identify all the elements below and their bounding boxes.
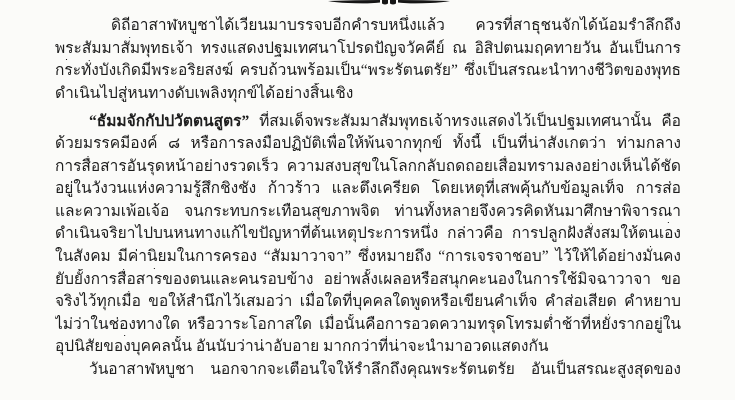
document-line: และความเพ้อเจ้อ จนกระทบกระเทือนสุขภาพจิต… xyxy=(55,201,681,224)
paragraph-indent xyxy=(55,29,111,30)
document-text-block: ดิถีอาสาฬหบูชาได้เวียนมาบรรจบอีกคำรบหนึ่… xyxy=(55,15,681,381)
cropped-seal-bottom-icon xyxy=(328,0,450,8)
document-line: ไม่ว่าในช่องทางใด หรือวาระโอกาสใด เมื่อน… xyxy=(55,314,681,337)
document-line: อุปนิสัยของบุคคลนั้น อันนับว่าน่าอับอาย … xyxy=(55,336,681,359)
document-line: ด้วยมรรคมีองค์ ๘ หรือการลงมือปฏิบัติเพื่… xyxy=(55,133,681,156)
text-run: พระสัมมาสัมพุทธเจ้า ทรงแสดงปฐมเทศนาโปรดป… xyxy=(55,40,681,61)
text-run: ดิถีอาสาฬหบูชาได้เวียนมาบรรจบอีกคำรบหนึ่… xyxy=(55,17,681,38)
document-line: อยู่ในวังวนแห่งความรู้สึกชิงชัง ก้าวร้าว… xyxy=(55,178,681,201)
document-line: “ธัมมจักกัปปวัตตนสูตร” ที่สมเด็จพระสัมมา… xyxy=(55,111,681,134)
text-run: การสื่อสารอันรุดหน้าอย่างรวดเร็ว ความสงบ… xyxy=(55,158,681,179)
document-line: ดำเนินจริยาไปบนหนทางแก้ไขปัญหาที่ต้นเหตุ… xyxy=(55,223,681,246)
seal-bottom-shape xyxy=(328,0,450,5)
document-line: จริงไว้ทุกเมื่อ ขอให้สำนึกไว้เสมอว่า เมื… xyxy=(55,291,681,314)
text-run: อุปนิสัยของบุคคลนั้น อันนับว่าน่าอับอาย … xyxy=(55,338,548,355)
paragraph-indent xyxy=(55,373,89,374)
paragraph-indent xyxy=(55,125,89,126)
text-run: ยับยั้งการสื่อสารของตนและคนรอบข้าง อย่าพ… xyxy=(55,271,681,292)
text-run: ด้วยมรรคมีองค์ ๘ หรือการลงมือปฏิบัติเพื่… xyxy=(55,135,681,156)
document-line: การสื่อสารอันรุดหน้าอย่างรวดเร็ว ความสงบ… xyxy=(55,156,681,179)
text-run: “ธัมมจักกัปปวัตตนสูตร” xyxy=(89,113,249,130)
text-run: ในสังคม มีค่านิยมในการครอง “สัมมาวาจา” ซ… xyxy=(55,248,681,269)
text-run: และความเพ้อเจ้อ จนกระทบกระเทือนสุขภาพจิต… xyxy=(55,203,681,224)
document-line: ดำเนินไปสู่หนทางดับเพลิงทุกข์ได้อย่างสิ้… xyxy=(55,83,681,106)
text-run: ไม่ว่าในช่องทางใด หรือวาระโอกาสใด เมื่อน… xyxy=(55,316,681,337)
document-line: วันอาสาฬหบูชา นอกจากจะเตือนใจให้รำลึกถึง… xyxy=(55,359,681,382)
document-line: ดิถีอาสาฬหบูชาได้เวียนมาบรรจบอีกคำรบหนึ่… xyxy=(55,15,681,38)
text-run: กระทั่งบังเกิดมีพระอริยสงฆ์ ครบถ้วนพร้อม… xyxy=(55,62,681,83)
document-line: ในสังคม มีค่านิยมในการครอง “สัมมาวาจา” ซ… xyxy=(55,246,681,269)
text-run: อยู่ในวังวนแห่งความรู้สึกชิงชัง ก้าวร้าว… xyxy=(55,180,681,201)
text-run: วันอาสาฬหบูชา นอกจากจะเตือนใจให้รำลึกถึง… xyxy=(55,361,681,382)
text-run: ดำเนินจริยาไปบนหนทางแก้ไขปัญหาที่ต้นเหตุ… xyxy=(55,225,681,246)
document-line: กระทั่งบังเกิดมีพระอริยสงฆ์ ครบถ้วนพร้อม… xyxy=(55,60,681,83)
scanned-document-page: ดิถีอาสาฬหบูชาได้เวียนมาบรรจบอีกคำรบหนึ่… xyxy=(0,0,735,400)
document-line: ยับยั้งการสื่อสารของตนและคนรอบข้าง อย่าพ… xyxy=(55,269,681,292)
text-run: ดำเนินไปสู่หนทางดับเพลิงทุกข์ได้อย่างสิ้… xyxy=(55,85,353,102)
document-line: พระสัมมาสัมพุทธเจ้า ทรงแสดงปฐมเทศนาโปรดป… xyxy=(55,38,681,61)
text-run: จริงไว้ทุกเมื่อ ขอให้สำนึกไว้เสมอว่า เมื… xyxy=(55,293,681,314)
